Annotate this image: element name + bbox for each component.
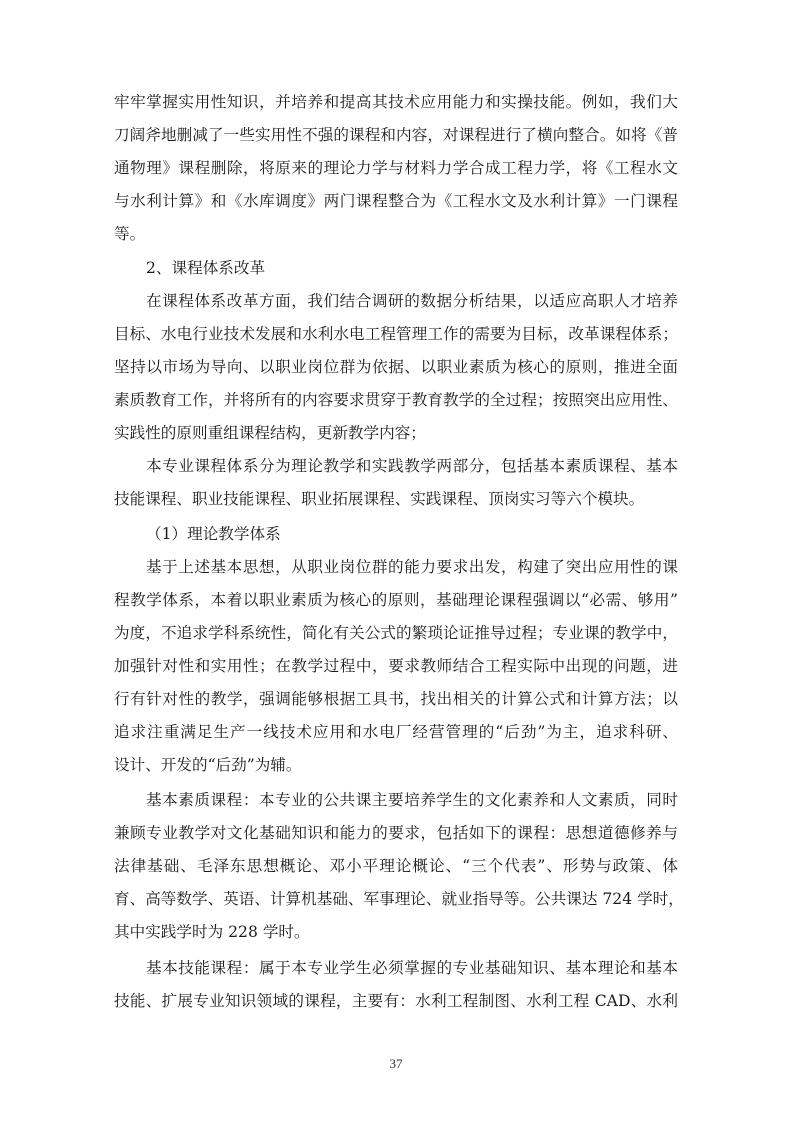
- text-line: 在课程体系改革方面，我们结合调研的数据分析结果，以适应高职人才培养: [146, 285, 678, 318]
- text-line: 牢牢掌握实用性知识，并培养和提高其技术应用能力和实操技能。例如，我们大: [114, 86, 678, 119]
- text-line: 通物理》课程删除，将原来的理论力学与材料力学合成工程力学，将《工程水文: [114, 152, 678, 185]
- text-line: 本专业课程体系分为理论教学和实践教学两部分，包括基本素质课程、基本: [146, 450, 678, 483]
- text-line: （1）理论教学体系: [146, 518, 678, 551]
- text-line: 坚持以市场为导向、以职业岗位群为依据、以职业素质为核心的原则，推进全面: [114, 351, 678, 384]
- text-line: 其中实践学时为 228 学时。: [114, 916, 678, 949]
- document-page: 牢牢掌握实用性知识，并培养和提高其技术应用能力和实操技能。例如，我们大刀阔斧地删…: [0, 0, 792, 1122]
- text-line: 素质教育工作，并将所有的内容要求贯穿于教育教学的全过程；按照突出应用性、: [114, 384, 678, 417]
- text-line: 程教学体系，本着以职业素质为核心的原则，基础理论课程强调以“必需、够用”: [114, 584, 678, 617]
- text-line: 为度，不追求学科系统性，简化有关公式的繁琐论证推导过程；专业课的教学中，: [114, 617, 678, 650]
- text-line: 实践性的原则重组课程结构，更新教学内容；: [114, 417, 678, 450]
- text-line: 等。: [114, 218, 678, 251]
- text-line: 追求注重满足生产一线技术应用和水电厂经营管理的“后劲”为主，追求科研、: [114, 716, 678, 749]
- text-line: 设计、开发的“后劲”为辅。: [114, 749, 678, 782]
- text-line: 目标、水电行业技术发展和水利水电工程管理工作的需要为目标，改革课程体系；: [114, 318, 678, 351]
- text-line: 兼顾专业教学对文化基础知识和能力的要求，包括如下的课程：思想道德修养与: [114, 817, 678, 850]
- text-line: 法律基础、毛泽东思想概论、邓小平理论概论、“三个代表”、形势与政策、体: [114, 850, 678, 883]
- text-line: 2、课程体系改革: [146, 252, 678, 285]
- text-line: 基本素质课程：本专业的公共课主要培养学生的文化素养和人文素质，同时: [146, 784, 678, 817]
- text-line: 基于上述基本思想，从职业岗位群的能力要求出发，构建了突出应用性的课: [146, 551, 678, 584]
- text-line: 技能、扩展专业知识领域的课程，主要有：水利工程制图、水利工程 CAD、水利: [114, 985, 678, 1018]
- text-line: 基本技能课程：属于本专业学生必须掌握的专业基础知识、基本理论和基本: [146, 952, 678, 985]
- text-line: 刀阔斧地删减了一些实用性不强的课程和内容，对课程进行了横向整合。如将《普: [114, 119, 678, 152]
- text-line: 与水利计算》和《水库调度》两门课程整合为《工程水文及水利计算》一门课程: [114, 185, 678, 218]
- text-line: 加强针对性和实用性；在教学过程中，要求教师结合工程实际中出现的问题，进: [114, 650, 678, 683]
- page-number: 37: [0, 1056, 792, 1072]
- text-line: 技能课程、职业技能课程、职业拓展课程、实践课程、顶岗实习等六个模块。: [114, 483, 678, 516]
- text-line: 行有针对性的教学，强调能够根据工具书，找出相关的计算公式和计算方法；以: [114, 683, 678, 716]
- text-line: 育、高等数学、英语、计算机基础、军事理论、就业指导等。公共课达 724 学时，: [114, 883, 678, 916]
